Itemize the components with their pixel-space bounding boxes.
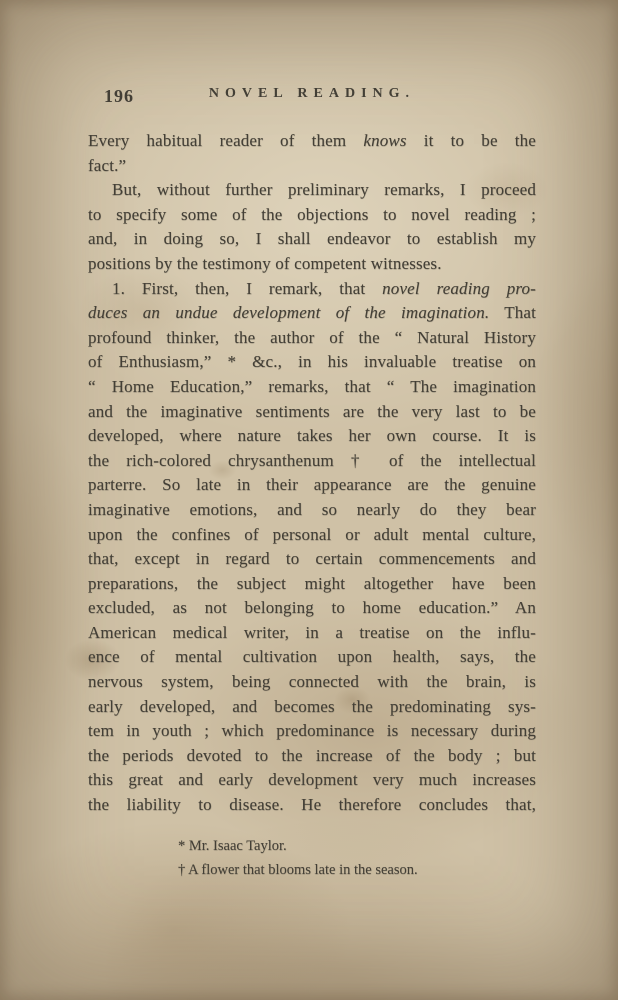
text-segment: profound thinker, the author of the “ Na…	[88, 328, 536, 347]
italic-text-segment: duces an undue development of the imagin…	[88, 303, 489, 322]
text-line: preparations, the subject might altogeth…	[88, 572, 536, 597]
text-segment: developed, where nature takes her own co…	[88, 426, 536, 445]
page-number: 196	[104, 86, 134, 107]
text-segment: Every habitual reader of them	[88, 131, 363, 150]
footnote-dagger: † A flower that blooms late in the seaso…	[178, 858, 538, 882]
text-segment: upon the confines of personal or adult m…	[88, 525, 536, 544]
text-line: this great and early development very mu…	[88, 768, 536, 793]
text-line: “ Home Education,” remarks, that “ The i…	[88, 375, 536, 400]
text-line: and the imaginative sentiments are the v…	[88, 400, 536, 425]
text-segment: this great and early development very mu…	[88, 770, 536, 789]
text-line: 1. First, then, I remark, that novel rea…	[88, 277, 536, 302]
text-line: that, except in regard to certain commen…	[88, 547, 536, 572]
text-segment: imaginative emotions, and so nearly do t…	[88, 500, 536, 519]
text-line: the periods devoted to the increase of t…	[88, 744, 536, 769]
text-line: early developed, and becomes the predomi…	[88, 695, 536, 720]
text-segment: and the imaginative sentiments are the v…	[88, 402, 536, 421]
text-line: American medical writer, in a treatise o…	[88, 621, 536, 646]
text-segment: early developed, and becomes the predomi…	[88, 697, 536, 716]
text-line: and, in doing so, I shall endeavor to es…	[88, 227, 536, 252]
text-line: of Enthusiasm,” * &c., in his invaluable…	[88, 350, 536, 375]
text-segment: parterre. So late in their appearance ar…	[88, 475, 536, 494]
text-segment: tem in youth ; which predominance is nec…	[88, 721, 536, 740]
text-line: upon the confines of personal or adult m…	[88, 523, 536, 548]
text-segment: of Enthusiasm,” * &c., in his invaluable…	[88, 352, 536, 371]
text-segment: American medical writer, in a treatise o…	[88, 623, 536, 642]
body-text: Every habitual reader of them knows it t…	[88, 129, 536, 818]
text-segment: that, except in regard to certain commen…	[88, 549, 536, 568]
text-segment: preparations, the subject might altogeth…	[88, 574, 536, 593]
text-line: ence of mental cultivation upon health, …	[88, 645, 536, 670]
text-segment: excluded, as not belonging to home educa…	[88, 598, 536, 617]
text-segment: fact.”	[88, 156, 126, 175]
text-segment: it to be the	[407, 131, 536, 150]
italic-text-segment: novel reading pro-	[382, 279, 536, 298]
text-line: the liability to disease. He therefore c…	[88, 793, 536, 818]
page-header: 196 NOVEL READING.	[0, 86, 618, 110]
text-segment: the liability to disease. He therefore c…	[88, 795, 536, 814]
text-line: excluded, as not belonging to home educa…	[88, 596, 536, 621]
running-head: NOVEL READING.	[0, 86, 618, 102]
text-segment: the periods devoted to the increase of t…	[88, 746, 536, 765]
text-line: tem in youth ; which predominance is nec…	[88, 719, 536, 744]
text-segment: positions by the testimony of competent …	[88, 254, 442, 273]
text-segment: nervous system, being connected with the…	[88, 672, 536, 691]
text-line: profound thinker, the author of the “ Na…	[88, 326, 536, 351]
text-segment: to specify some of the objections to nov…	[88, 205, 536, 224]
text-line: positions by the testimony of competent …	[88, 252, 536, 277]
text-segment: “ Home Education,” remarks, that “ The i…	[88, 377, 536, 396]
italic-text-segment: knows	[363, 131, 406, 150]
book-page-scan: 196 NOVEL READING. Every habitual reader…	[0, 0, 618, 1000]
footnote-asterisk: * Mr. Isaac Taylor.	[178, 834, 538, 858]
text-line: to specify some of the objections to nov…	[88, 203, 536, 228]
text-line: the rich-colored chrysanthenum † of the …	[88, 449, 536, 474]
text-line: fact.”	[88, 154, 536, 179]
text-line: But, without further preliminary remarks…	[88, 178, 536, 203]
footnotes: * Mr. Isaac Taylor. † A flower that bloo…	[178, 834, 538, 882]
text-line: imaginative emotions, and so nearly do t…	[88, 498, 536, 523]
text-segment: 1. First, then, I remark, that	[112, 279, 382, 298]
text-segment: and, in doing so, I shall endeavor to es…	[88, 229, 536, 248]
text-segment: the rich-colored chrysanthenum † of the …	[88, 451, 536, 470]
text-line: parterre. So late in their appearance ar…	[88, 473, 536, 498]
text-segment: That	[489, 303, 536, 322]
text-segment: But, without further preliminary remarks…	[112, 180, 536, 199]
text-line: nervous system, being connected with the…	[88, 670, 536, 695]
text-segment: ence of mental cultivation upon health, …	[88, 647, 536, 666]
text-line: Every habitual reader of them knows it t…	[88, 129, 536, 154]
text-line: developed, where nature takes her own co…	[88, 424, 536, 449]
text-line: duces an undue development of the imagin…	[88, 301, 536, 326]
